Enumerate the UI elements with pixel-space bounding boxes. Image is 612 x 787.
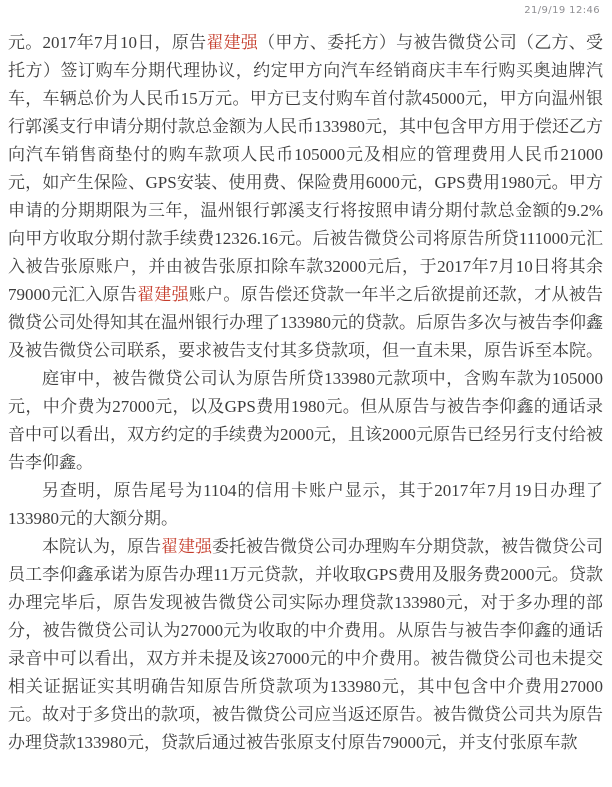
- paragraph-3: 另查明，原告尾号为1104的信用卡账户显示，其于2017年7月19日办理了133…: [8, 477, 603, 533]
- text-run: 另查明，原告尾号为1104的信用卡账户显示，其于2017年7月19日办理了133…: [8, 481, 603, 528]
- document-page: 21/9/19 12:46 元。2017年7月10日，原告翟建强（甲方、委托方）…: [0, 0, 612, 787]
- highlighted-name: 翟建强: [137, 285, 189, 304]
- document-body: 元。2017年7月10日，原告翟建强（甲方、委托方）与被告微贷公司（乙方、受托方…: [8, 29, 603, 757]
- highlighted-name: 翟建强: [206, 33, 258, 52]
- text-run: 庭审中，被告微贷公司认为原告所贷133980元款项中，含购车款为105000元，…: [8, 369, 603, 472]
- paragraph-1: 元。2017年7月10日，原告翟建强（甲方、委托方）与被告微贷公司（乙方、受托方…: [8, 29, 603, 365]
- text-run: 委托被告微贷公司办理购车分期贷款，被告微贷公司员工李仰鑫承诺为原告办理11万元贷…: [8, 537, 603, 752]
- screenshot-timestamp: 21/9/19 12:46: [524, 5, 600, 16]
- text-run: （甲方、委托方）与被告微贷公司（乙方、受托方）签订购车分期代理协议，约定甲方向汽…: [8, 33, 603, 304]
- paragraph-4: 本院认为，原告翟建强委托被告微贷公司办理购车分期贷款，被告微贷公司员工李仰鑫承诺…: [8, 533, 603, 757]
- highlighted-name: 翟建强: [161, 537, 212, 556]
- paragraph-2: 庭审中，被告微贷公司认为原告所贷133980元款项中，含购车款为105000元，…: [8, 365, 603, 477]
- text-run: 本院认为，原告: [42, 537, 161, 556]
- text-run: 元。2017年7月10日，原告: [8, 33, 206, 52]
